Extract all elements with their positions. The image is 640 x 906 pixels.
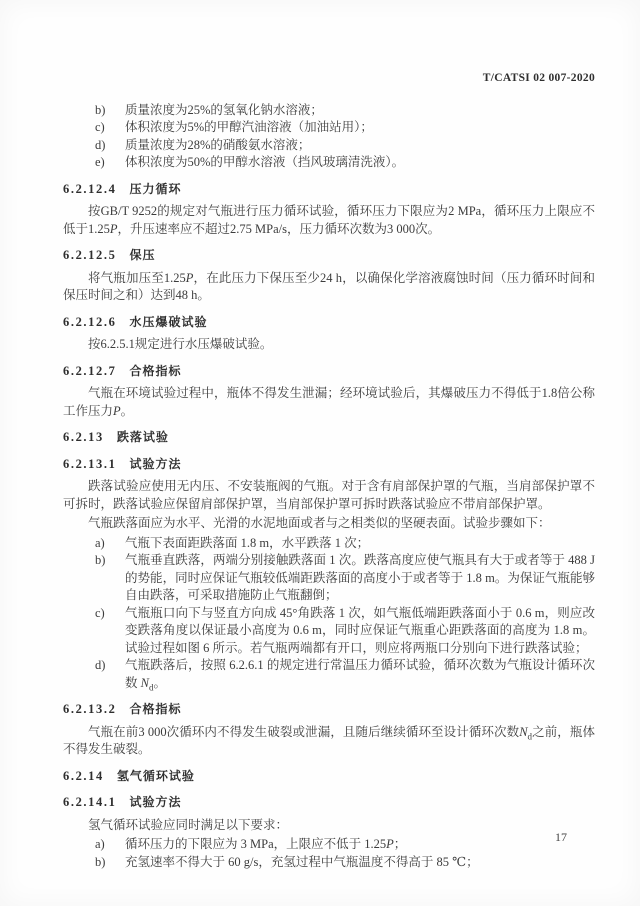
paragraph: 气瓶在前3 000次循环内不得发生破裂或泄漏，且随后继续循环至设计循环次数Nd之… bbox=[63, 724, 595, 759]
list-item-label: b) bbox=[95, 854, 125, 872]
ordered-list: a)气瓶下表面距跌落面 1.8 m，水平跌落 1 次；b)气瓶垂直跌落，两端分别… bbox=[63, 535, 595, 693]
ordered-list: a)循环压力的下限应为 3 MPa，上限应不低于 1.25P；b)充氢速率不得大… bbox=[63, 836, 595, 871]
heading-title: 试验方法 bbox=[129, 457, 181, 471]
list-item: d)质量浓度为28%的硝酸氨水溶液； bbox=[63, 137, 595, 155]
list-item: b)气瓶垂直跌落，两端分别接触跌落面 1 次。跌落高度应使气瓶具有大于或者等于 … bbox=[63, 552, 595, 605]
heading-number: 6.2.12.4 bbox=[63, 182, 116, 196]
list-item-text: 循环压力的下限应为 3 MPa，上限应不低于 1.25P； bbox=[125, 836, 595, 854]
paragraph: 气瓶在环境试验过程中，瓶体不得发生泄漏；经环境试验后，其爆破压力不得低于1.8倍… bbox=[63, 385, 595, 420]
section-heading: 6.2.13.1试验方法 bbox=[63, 456, 595, 474]
list-item: b)质量浓度为25%的氢氧化钠水溶液； bbox=[63, 102, 595, 120]
heading-number: 6.2.13.1 bbox=[63, 457, 116, 471]
list-item-label: b) bbox=[95, 552, 125, 570]
list-item: a)气瓶下表面距跌落面 1.8 m，水平跌落 1 次； bbox=[63, 535, 595, 553]
heading-title: 合格指标 bbox=[129, 702, 181, 716]
list-item-label: d) bbox=[95, 657, 125, 675]
list-item-text: 气瓶跌落后，按照 6.2.6.1 的规定进行常温压力循环试验，循环次数为气瓶设计… bbox=[125, 657, 595, 692]
ordered-list: b)质量浓度为25%的氢氧化钠水溶液；c)体积浓度为5%的甲醇汽油溶液（加油站用… bbox=[63, 102, 595, 172]
list-item: d)气瓶跌落后，按照 6.2.6.1 的规定进行常温压力循环试验，循环次数为气瓶… bbox=[63, 657, 595, 692]
list-item: a)循环压力的下限应为 3 MPa，上限应不低于 1.25P； bbox=[63, 836, 595, 854]
list-item-label: e) bbox=[95, 154, 125, 172]
list-item-label: b) bbox=[95, 102, 125, 120]
paragraph: 氢气循环试验应同时满足以下要求： bbox=[63, 817, 595, 835]
heading-title: 跌落试验 bbox=[117, 430, 169, 444]
heading-title: 压力循环 bbox=[129, 182, 181, 196]
heading-number: 6.2.13 bbox=[63, 430, 104, 444]
list-item-label: a) bbox=[95, 535, 125, 553]
heading-number: 6.2.12.6 bbox=[63, 315, 116, 329]
heading-title: 保压 bbox=[129, 248, 155, 262]
list-item-label: d) bbox=[95, 137, 125, 155]
heading-title: 水压爆破试验 bbox=[129, 315, 207, 329]
page-footer: 17 bbox=[555, 829, 567, 847]
list-item: e)体积浓度为50%的甲醇水溶液（挡风玻璃清洗液）。 bbox=[63, 154, 595, 172]
heading-number: 6.2.14 bbox=[63, 769, 104, 783]
list-item: b)充氢速率不得大于 60 g/s，充氢过程中气瓶温度不得高于 85 ℃； bbox=[63, 854, 595, 872]
section-heading: 6.2.12.4压力循环 bbox=[63, 181, 595, 199]
list-item: c)气瓶瓶口向下与竖直方向成 45°角跌落 1 次，如气瓶低端距跌落面小于 0.… bbox=[63, 605, 595, 658]
heading-title: 氢气循环试验 bbox=[117, 769, 195, 783]
section-heading: 6.2.12.5保压 bbox=[63, 247, 595, 265]
section-heading: 6.2.13跌落试验 bbox=[63, 429, 595, 447]
paragraph: 将气瓶加压至1.25P，在此压力下保压至少24 h，以确保化学溶液腐蚀时间（压力… bbox=[63, 270, 595, 305]
list-item-text: 气瓶瓶口向下与竖直方向成 45°角跌落 1 次，如气瓶低端距跌落面小于 0.6 … bbox=[125, 605, 595, 658]
list-item-text: 气瓶下表面距跌落面 1.8 m，水平跌落 1 次； bbox=[125, 535, 595, 553]
list-item-label: c) bbox=[95, 119, 125, 137]
document-page: T/CATSI 02 007-2020 b)质量浓度为25%的氢氧化钠水溶液；c… bbox=[0, 0, 640, 906]
section-heading: 6.2.12.7合格指标 bbox=[63, 363, 595, 381]
paragraph: 按GB/T 9252的规定对气瓶进行压力循环试验，循环压力下限应为2 MPa，循… bbox=[63, 203, 595, 238]
list-item-label: c) bbox=[95, 605, 125, 623]
heading-number: 6.2.12.7 bbox=[63, 364, 116, 378]
standard-code: T/CATSI 02 007-2020 bbox=[483, 72, 595, 84]
paragraph: 气瓶跌落面应为水平、光滑的水泥地面或者与之相类似的坚硬表面。试验步骤如下： bbox=[63, 515, 595, 533]
list-item: c)体积浓度为5%的甲醇汽油溶液（加油站用）； bbox=[63, 119, 595, 137]
section-heading: 6.2.12.6水压爆破试验 bbox=[63, 314, 595, 332]
list-item-text: 体积浓度为50%的甲醇水溶液（挡风玻璃清洗液）。 bbox=[125, 154, 595, 172]
paragraph: 按6.2.5.1规定进行水压爆破试验。 bbox=[63, 336, 595, 354]
heading-title: 合格指标 bbox=[129, 364, 181, 378]
list-item-text: 体积浓度为5%的甲醇汽油溶液（加油站用）； bbox=[125, 119, 595, 137]
list-item-text: 质量浓度为25%的氢氧化钠水溶液； bbox=[125, 102, 595, 120]
list-item-text: 气瓶垂直跌落，两端分别接触跌落面 1 次。跌落高度应使气瓶具有大于或者等于 48… bbox=[125, 552, 595, 605]
page-header: T/CATSI 02 007-2020 bbox=[63, 70, 595, 88]
heading-number: 6.2.12.5 bbox=[63, 248, 116, 262]
list-item-label: a) bbox=[95, 836, 125, 854]
page-number: 17 bbox=[555, 830, 567, 844]
section-heading: 6.2.13.2合格指标 bbox=[63, 701, 595, 719]
list-item-text: 充氢速率不得大于 60 g/s，充氢过程中气瓶温度不得高于 85 ℃； bbox=[125, 854, 595, 872]
paragraph: 跌落试验应使用无内压、不安装瓶阀的气瓶。对于含有肩部保护罩的气瓶，当肩部保护罩不… bbox=[63, 478, 595, 513]
section-heading: 6.2.14氢气循环试验 bbox=[63, 768, 595, 786]
heading-title: 试验方法 bbox=[129, 795, 181, 809]
heading-number: 6.2.13.2 bbox=[63, 702, 116, 716]
list-item-text: 质量浓度为28%的硝酸氨水溶液； bbox=[125, 137, 595, 155]
heading-number: 6.2.14.1 bbox=[63, 795, 116, 809]
document-content: b)质量浓度为25%的氢氧化钠水溶液；c)体积浓度为5%的甲醇汽油溶液（加油站用… bbox=[63, 102, 595, 872]
section-heading: 6.2.14.1试验方法 bbox=[63, 794, 595, 812]
